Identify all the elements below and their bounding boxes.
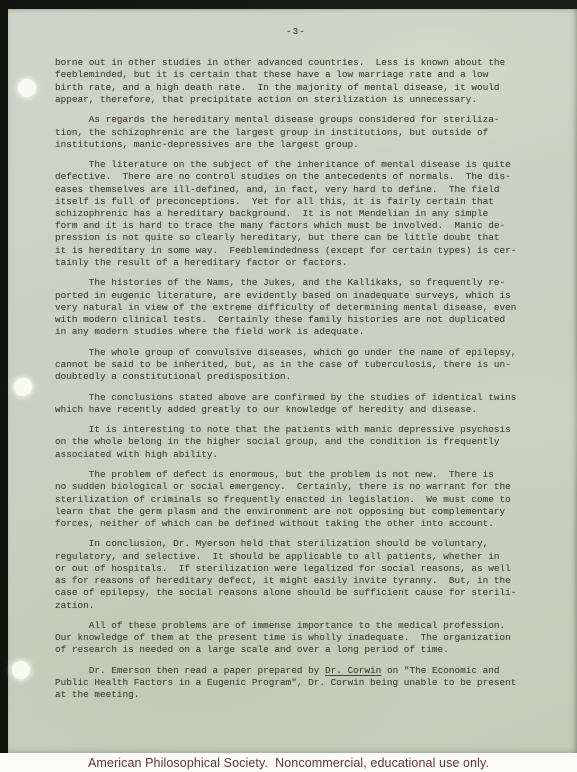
paragraph-4: The histories of the Nams, the Jukes, an… [55, 277, 537, 338]
paragraph-10: All of these problems are of immense imp… [55, 620, 537, 657]
paragraph-6: The conclusions stated above are confirm… [55, 392, 537, 416]
punch-hole-bottom [12, 661, 30, 679]
page-number: -3- [55, 26, 537, 38]
paragraph-3: The literature on the subject of the inh… [55, 159, 537, 269]
footer-caption: American Philosophical Society. Noncomme… [88, 756, 489, 770]
paragraph-1: borne out in other studies in other adva… [55, 57, 537, 106]
paragraph-8: The problem of defect is enormous, but t… [55, 469, 537, 530]
paragraph-2: As regards the hereditary mental disease… [55, 114, 537, 151]
document-body: -3- borne out in other studies in other … [55, 26, 537, 702]
paragraph-11: Dr. Emerson then read a paper prepared b… [55, 665, 537, 702]
scan-frame: -3- borne out in other studies in other … [0, 0, 577, 772]
paragraph-7: It is interesting to note that the patie… [55, 424, 537, 461]
punch-hole-middle [14, 378, 32, 396]
punch-hole-top [18, 79, 36, 97]
paragraph-9: In conclusion, Dr. Myerson held that ste… [55, 538, 537, 611]
paragraph-5: The whole group of convulsive diseases, … [55, 347, 537, 384]
footer-strip: American Philosophical Society. Noncomme… [0, 753, 577, 772]
scanned-page: -3- borne out in other studies in other … [8, 9, 577, 753]
